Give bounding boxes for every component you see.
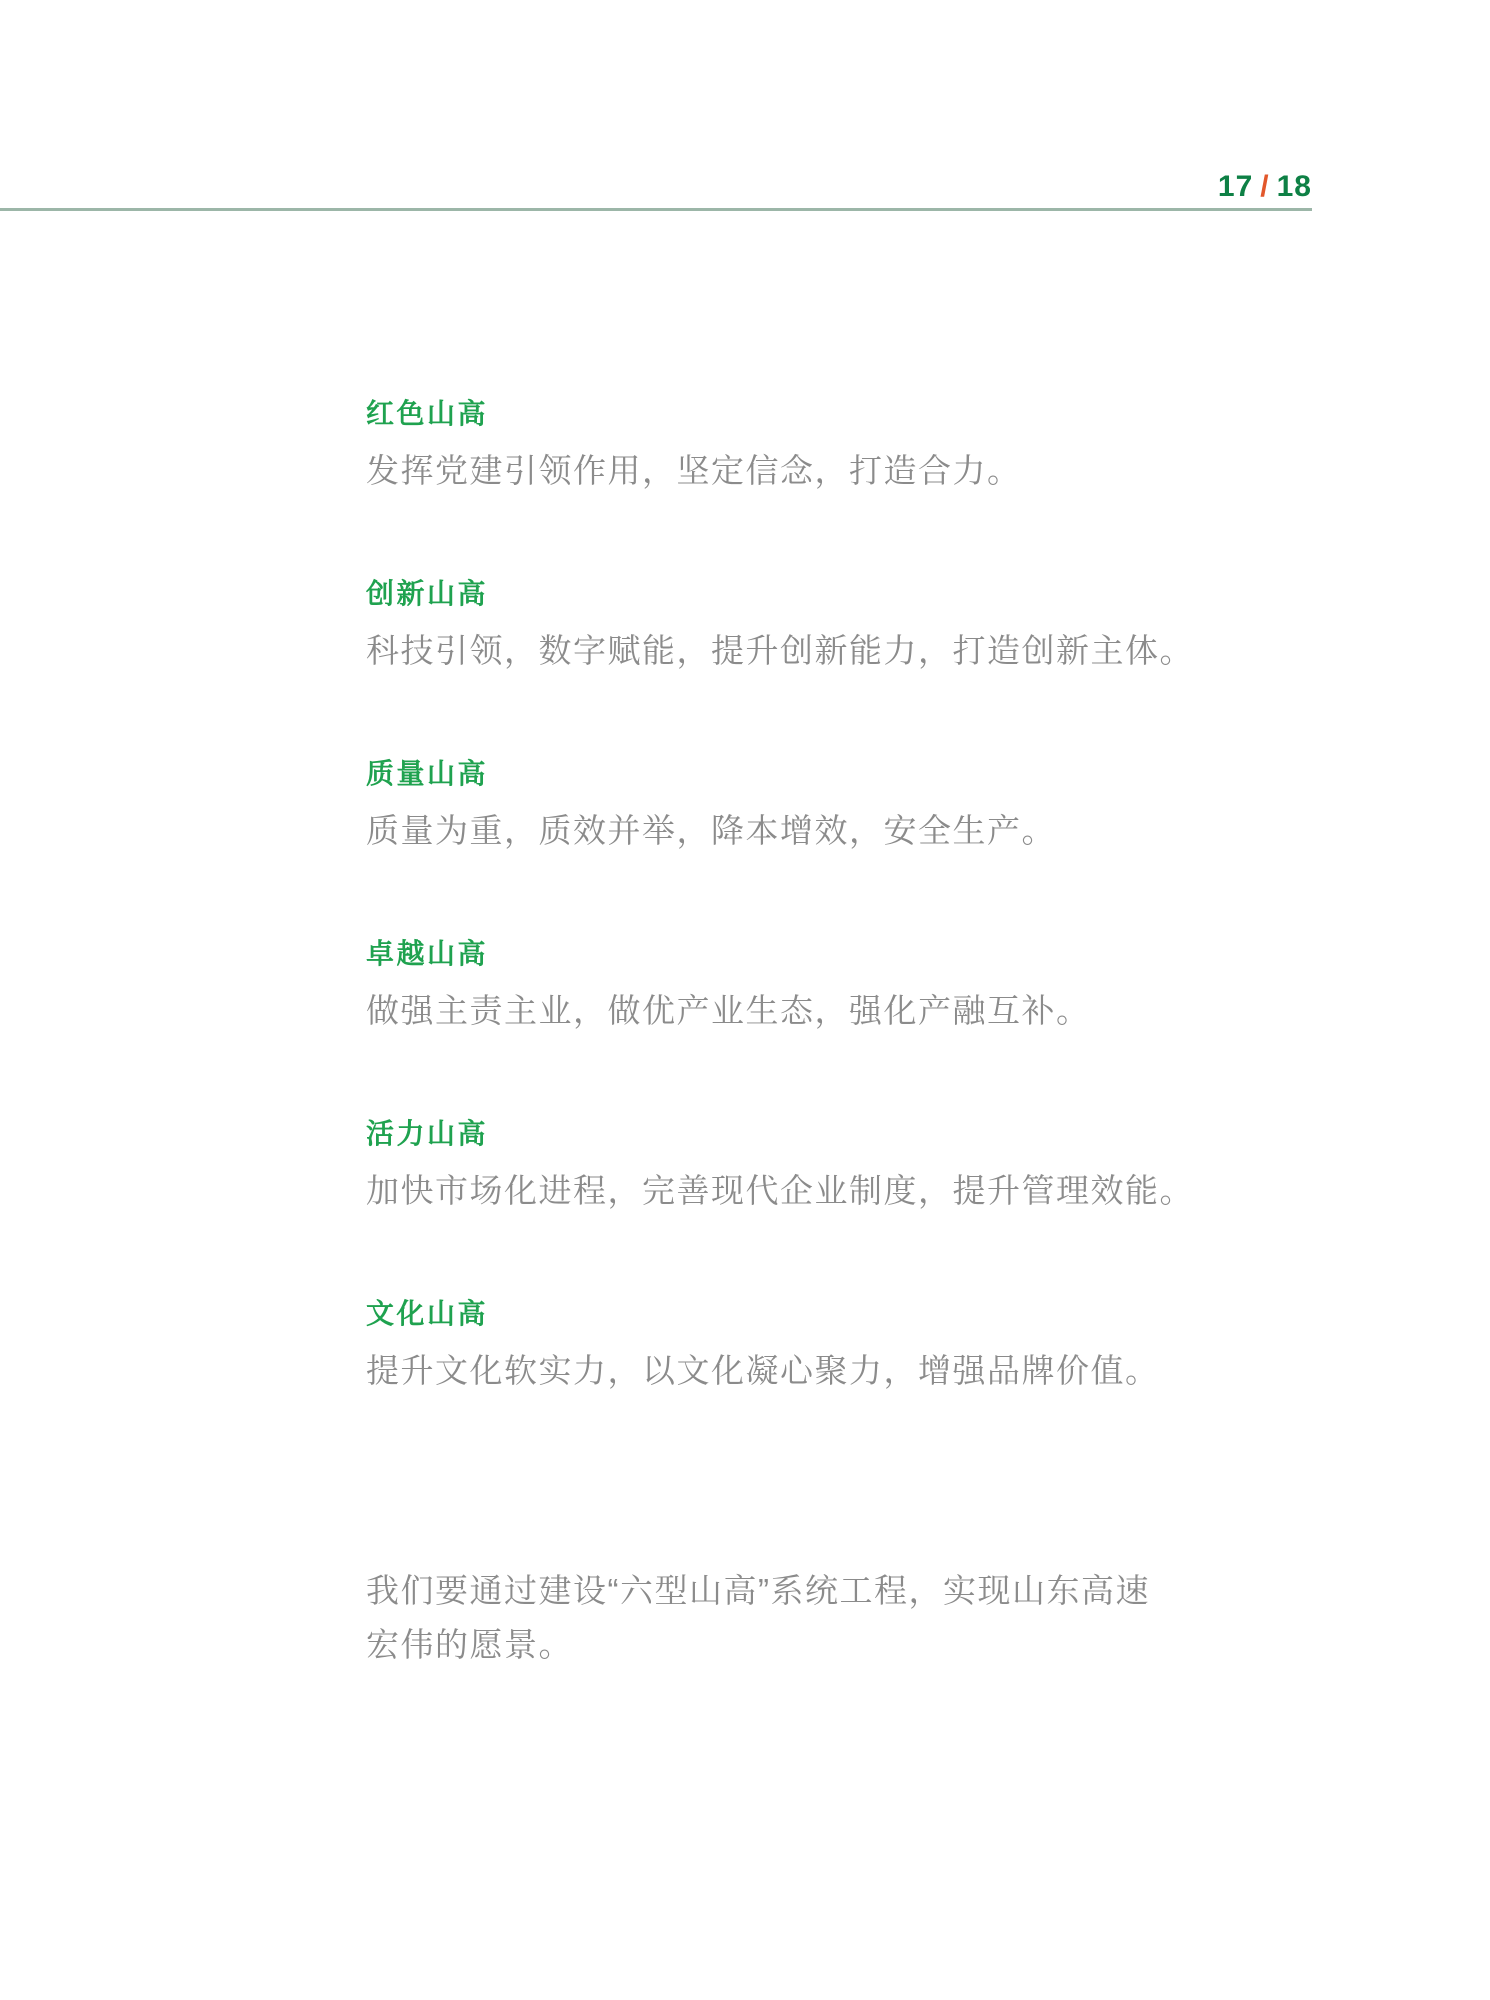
- section-heading: 质量山高: [366, 760, 1266, 788]
- section-heading: 红色山高: [366, 400, 1266, 428]
- section-block: 质量山高 质量为重，质效并举，降本增效，安全生产。: [366, 760, 1266, 940]
- closing-paragraph: 我们要通过建设“六型山高”系统工程，实现山东高速 宏伟的愿景。: [366, 1564, 1266, 1672]
- section-block: 活力山高 加快市场化进程，完善现代企业制度，提升管理效能。: [366, 1120, 1266, 1300]
- section-body-text: 质量为重，质效并举，降本增效，安全生产。: [366, 814, 1266, 848]
- page-number-total: 18: [1277, 170, 1312, 203]
- document-page: { "page": { "number": { "current": "17",…: [0, 0, 1490, 2000]
- section-body-text: 发挥党建引领作用，坚定信念，打造合力。: [366, 454, 1266, 488]
- header-divider-line: [0, 208, 1312, 211]
- section-heading: 卓越山高: [366, 940, 1266, 968]
- section-body-text: 提升文化软实力，以文化凝心聚力，增强品牌价值。: [366, 1354, 1266, 1388]
- page-number-separator: /: [1260, 170, 1269, 203]
- section-heading: 活力山高: [366, 1120, 1266, 1148]
- page-number-current: 17: [1218, 170, 1253, 203]
- section-block: 卓越山高 做强主责主业，做优产业生态，强化产融互补。: [366, 940, 1266, 1120]
- section-heading: 创新山高: [366, 580, 1266, 608]
- closing-paragraph-line: 我们要通过建设“六型山高”系统工程，实现山东高速: [366, 1564, 1266, 1618]
- page-number: 17/18: [0, 170, 1312, 204]
- content-column: 红色山高 发挥党建引领作用，坚定信念，打造合力。 创新山高 科技引领，数字赋能，…: [366, 400, 1266, 1672]
- section-heading: 文化山高: [366, 1300, 1266, 1328]
- section-body-text: 科技引领，数字赋能，提升创新能力，打造创新主体。: [366, 634, 1266, 668]
- section-block: 创新山高 科技引领，数字赋能，提升创新能力，打造创新主体。: [366, 580, 1266, 760]
- section-block: 文化山高 提升文化软实力，以文化凝心聚力，增强品牌价值。: [366, 1300, 1266, 1480]
- section-body-text: 加快市场化进程，完善现代企业制度，提升管理效能。: [366, 1174, 1266, 1208]
- sections-list: 红色山高 发挥党建引领作用，坚定信念，打造合力。 创新山高 科技引领，数字赋能，…: [366, 400, 1266, 1480]
- section-body-text: 做强主责主业，做优产业生态，强化产融互补。: [366, 994, 1266, 1028]
- closing-paragraph-line: 宏伟的愿景。: [366, 1618, 1266, 1672]
- section-block: 红色山高 发挥党建引领作用，坚定信念，打造合力。: [366, 400, 1266, 580]
